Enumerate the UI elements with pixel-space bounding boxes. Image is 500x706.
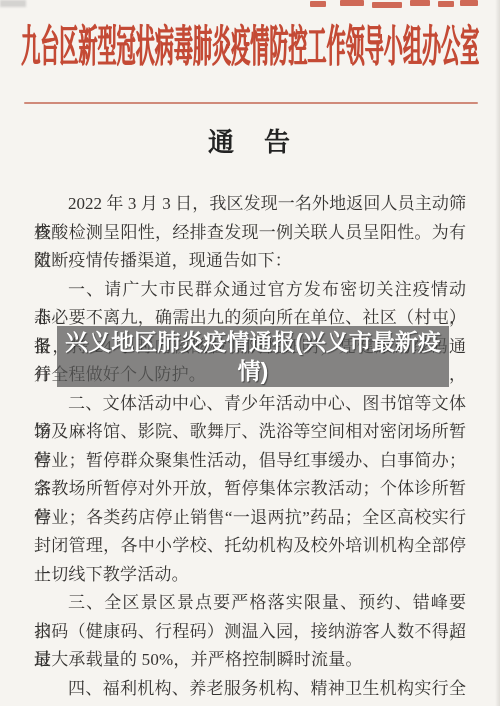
notice-body-line: 扫码（健康码、行程码）测温入园，接纳游客人数不得超过 — [34, 618, 466, 647]
notice-body-line: 二、文体活动中心、青少年活动中心、图书馆等文体场 — [34, 390, 466, 419]
notice-body-line: 三、全区景区景点要严格落实限量、预约、错峰要求， — [34, 589, 466, 618]
header-divider-rule — [24, 102, 478, 104]
notice-body-line: 馆及麻将馆、影院、歌舞厅、洗浴等空间相对密闭场所暂停 — [34, 418, 466, 447]
cropped-text-fragment — [340, 0, 364, 6]
notice-body-line: 宗教场所暂停对外开放，暂停集体宗教活动；个体诊所暂停 — [34, 475, 466, 504]
notice-body-line: 一、请广大市民群众通过官方发布密切关注疫情动态， — [34, 276, 466, 305]
notice-body-line: 四、福利机构、养老服务机构、精神卫生机构实行全封 — [34, 675, 466, 704]
org-header: 九台区新型冠状病毒肺炎疫情防控工作领导小组办公室 — [21, 13, 479, 67]
cropped-text-fragment — [372, 2, 402, 8]
notice-body-line: 营业；暂停群众聚集性活动，倡导红事缓办、白事简办；各 — [34, 447, 466, 476]
caption-overlay: 兴义地区肺炎疫情通报(兴义市最新疫 情) — [57, 326, 449, 387]
cropped-text-fragment — [410, 0, 430, 6]
notice-body-line: 阻断疫情传播渠道，现通告如下： — [34, 247, 466, 276]
scan-edge-shadow — [495, 0, 500, 706]
notice-body-line: 2022 年 3 月 3 日，我区发现一名外地返回人员主动筛查 — [34, 190, 466, 219]
notice-body-line: 最大承载量的 50%，并严格控制瞬时流量。 — [34, 646, 466, 675]
cropped-text-fragment — [438, 1, 454, 7]
cropped-text-fragment — [310, 1, 326, 7]
org-header-text: 九台区新型冠状病毒肺炎疫情防控工作领导小组办公室 — [21, 13, 479, 75]
notice-body-line: 封闭管理，各中小学校、托幼机构及校外培训机构全部停止 — [34, 532, 466, 561]
scanned-notice-page: { "header": { "org_line": "九台区新型冠状病毒肺炎疫情… — [0, 0, 500, 706]
cropped-text-fragment — [460, 0, 478, 6]
notice-title: 通 告 — [0, 122, 500, 158]
notice-body-line: 营业；各类药店停止销售“一退两抗”药品；全区高校实行 — [34, 504, 466, 533]
notice-body: 2022 年 3 月 3 日，我区发现一名外地返回人员主动筛查核酸检测呈阳性，经… — [34, 190, 466, 703]
caption-title-line-2: 情) — [57, 357, 449, 386]
caption-title-line-1: 兴义地区肺炎疫情通报(兴义市最新疫 — [57, 328, 449, 357]
notice-body-line: 核酸检测呈阳性，经排查发现一例关联人员呈阳性。为有效 — [34, 219, 466, 248]
scan-smudge — [0, 0, 26, 7]
notice-body-line: 一切线下教学活动。 — [34, 561, 466, 590]
